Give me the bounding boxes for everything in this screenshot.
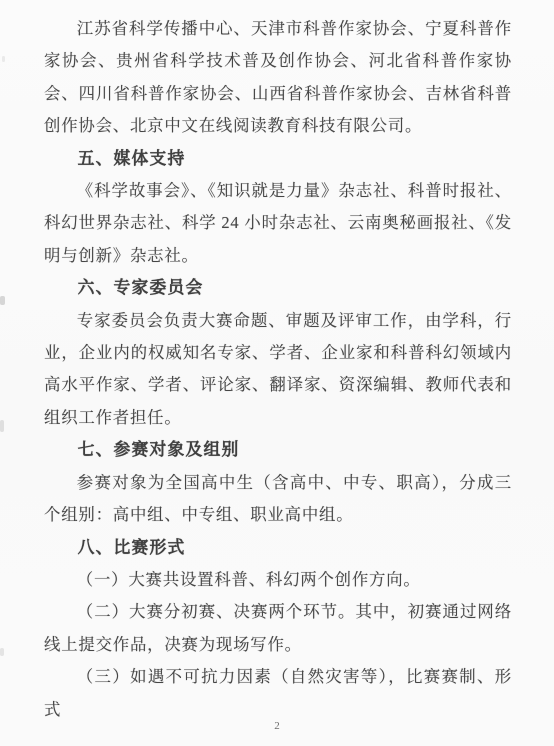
paragraph: （一）大赛共设置科普、科幻两个创作方向。 xyxy=(44,564,512,596)
document-body: 江苏省科学传播中心、天津市科普作家协会、宁夏科普作家协会、贵州省科学技术普及创作… xyxy=(44,13,512,726)
paragraph: 参赛对象为全国高中生（含高中、中专、职高），分成三个组别：高中组、中专组、职业高… xyxy=(44,467,512,532)
scan-artifact xyxy=(0,648,4,656)
document-page: 江苏省科学传播中心、天津市科普作家协会、宁夏科普作家协会、贵州省科学技术普及创作… xyxy=(0,0,554,746)
section-heading: 五、媒体支持 xyxy=(44,143,512,175)
page-number: 2 xyxy=(0,720,554,732)
paragraph: 专家委员会负责大赛命题、审题及评审工作，由学科，行业，企业内的权威知名专家、学者… xyxy=(44,305,512,435)
scan-artifact xyxy=(0,420,4,432)
scan-artifact xyxy=(2,56,5,62)
paragraph: （三）如遇不可抗力因素（自然灾害等），比赛赛制、形式 xyxy=(44,661,512,726)
section-heading: 七、参赛对象及组别 xyxy=(44,434,512,466)
section-heading: 八、比赛形式 xyxy=(44,532,512,564)
paragraph: 《科学故事会》、《知识就是力量》杂志社、科普时报社、科幻世界杂志社、科学 24 … xyxy=(44,175,512,272)
paragraph: 江苏省科学传播中心、天津市科普作家协会、宁夏科普作家协会、贵州省科学技术普及创作… xyxy=(44,13,512,143)
scan-artifact xyxy=(0,296,5,305)
section-heading: 六、专家委员会 xyxy=(44,272,512,304)
paragraph: （二）大赛分初赛、决赛两个环节。其中，初赛通过网络线上提交作品，决赛为现场写作。 xyxy=(44,596,512,661)
